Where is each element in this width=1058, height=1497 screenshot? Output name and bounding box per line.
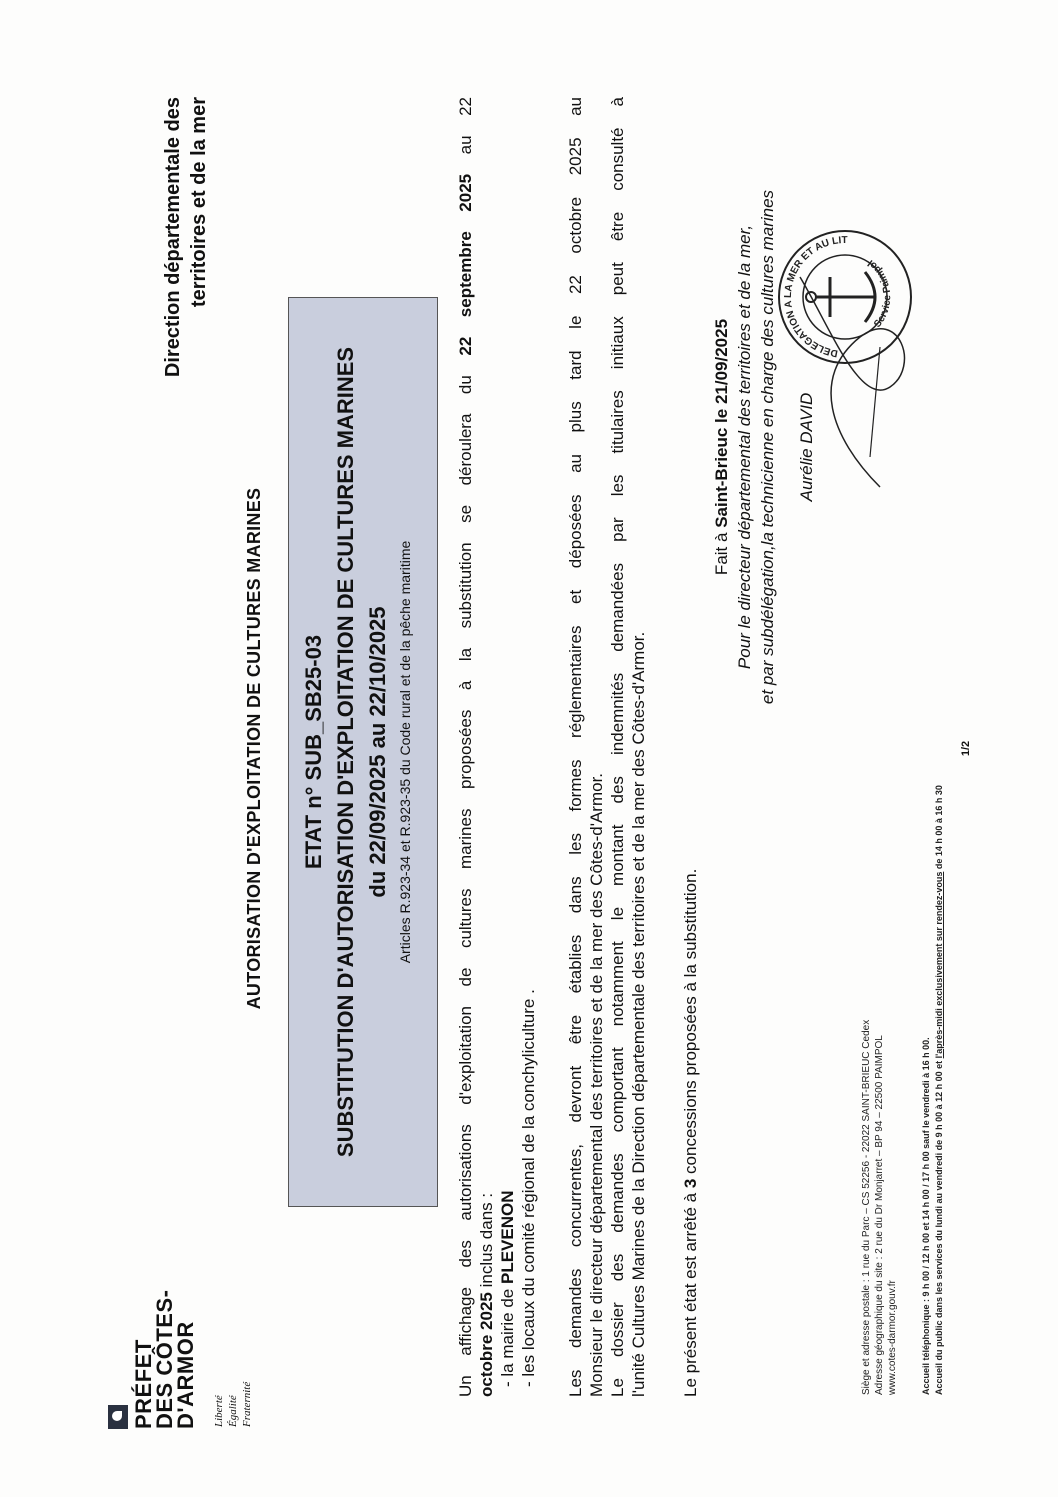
text-line: Les demandes concurrentes, devront être …	[565, 97, 586, 1397]
rotated-document-page: PRÉFET DES CÔTES- D'ARMOR Liberté Égalit…	[0, 0, 1058, 1497]
legal-articles: Articles R.923-34 et R.923-35 du Code ru…	[397, 298, 413, 1206]
address-line: Adresse géographique du site : 2 rue du …	[873, 1020, 886, 1395]
text: Un affichage des autorisations d'exploit…	[456, 375, 475, 1397]
concession-count: 3	[681, 1179, 700, 1188]
signature-place-date: Fait à Saint-Brieuc le 21/09/2025	[710, 0, 733, 897]
prefecture-name-line: PRÉFET	[133, 1290, 154, 1429]
text: - la mairie de	[498, 1289, 517, 1387]
place-date: Saint-Brieuc le 21/09/2025	[712, 319, 731, 528]
prefecture-name-line: DES CÔTES-	[154, 1290, 175, 1429]
text-line: Monsieur le directeur départemental des …	[586, 97, 607, 1397]
count-paragraph: Le présent état est arrêté à 3 concessio…	[680, 97, 701, 1397]
issuing-directorate: Direction départementale des territoires…	[160, 97, 212, 497]
start-date: 22 septembre 2025	[456, 174, 475, 356]
phone-hours: Accueil téléphonique : 9 h 00 / 12 h 00 …	[920, 785, 933, 1395]
town-name: PLEVENON	[498, 1190, 517, 1284]
text-line: Le dossier des demandes comportant notam…	[607, 97, 628, 1397]
footer-hours: Accueil téléphonique : 9 h 00 / 12 h 00 …	[920, 785, 946, 1395]
applications-paragraph: Les demandes concurrentes, devront être …	[565, 97, 649, 1397]
directorate-line: territoires et de la mer	[186, 97, 212, 497]
svg-text:Service Paimpol: Service Paimpol	[866, 257, 893, 330]
list-item: - les locaux du comité régional de la co…	[518, 97, 539, 1397]
period: du 22/09/2025 au 22/10/2025	[365, 298, 391, 1206]
text: concessions proposées à la substitution.	[681, 869, 700, 1174]
motto-line: Liberté	[212, 1382, 226, 1427]
text: Le présent état est arrêté à	[681, 1193, 700, 1397]
page-number: 1/2	[960, 0, 972, 1497]
text: inclus dans :	[477, 1193, 496, 1288]
prefecture-name-line: D'ARMOR	[175, 1290, 196, 1429]
text: de 14 h 00 à 16 h 30	[934, 785, 944, 869]
text-line: l'unité Cultures Marines de la Direction…	[628, 97, 649, 1397]
prefecture-name: PRÉFET DES CÔTES- D'ARMOR	[133, 1290, 196, 1429]
text: au 22	[456, 97, 475, 154]
document-title: AUTORISATION D'EXPLOITATION DE CULTURES …	[244, 0, 265, 1497]
svg-text:DELEGATION A LA MER ET AU LITT: DELEGATION A LA MER ET AU LITTORAL	[775, 235, 848, 367]
etat-number: ETAT n° SUB_SB25-03	[301, 298, 327, 1206]
directorate-line: Direction départementale des	[160, 97, 186, 497]
motto-line: Égalité	[226, 1382, 240, 1427]
marianne-logo-icon	[108, 1405, 128, 1429]
end-date: octobre 2025	[477, 1292, 496, 1397]
official-stamp-icon: DELEGATION A LA MER ET AU LITTORAL Servi…	[775, 227, 915, 367]
role-line: Pour le directeur départemental des terr…	[733, 0, 756, 897]
display-paragraph: Un affichage des autorisations d'exploit…	[455, 97, 539, 1397]
text: l'après-midi exclusivement sur rendez-vo…	[934, 872, 944, 1059]
website-link[interactable]: www.cotes-darmor.gouv.fr	[886, 1020, 899, 1395]
public-hours: Accueil du public dans les services du l…	[933, 785, 946, 1395]
text: Fait à	[712, 533, 731, 576]
footer-address: Siège et adresse postale : 1 rue du Parc…	[860, 1020, 899, 1395]
substitution-title: SUBSTITUTION D'AUTORISATION D'EXPLOITATI…	[333, 298, 359, 1206]
title-box: ETAT n° SUB_SB25-03 SUBSTITUTION D'AUTOR…	[288, 297, 438, 1207]
address-line: Siège et adresse postale : 1 rue du Parc…	[860, 1020, 873, 1395]
text: Accueil du public dans les services du l…	[934, 1061, 944, 1395]
